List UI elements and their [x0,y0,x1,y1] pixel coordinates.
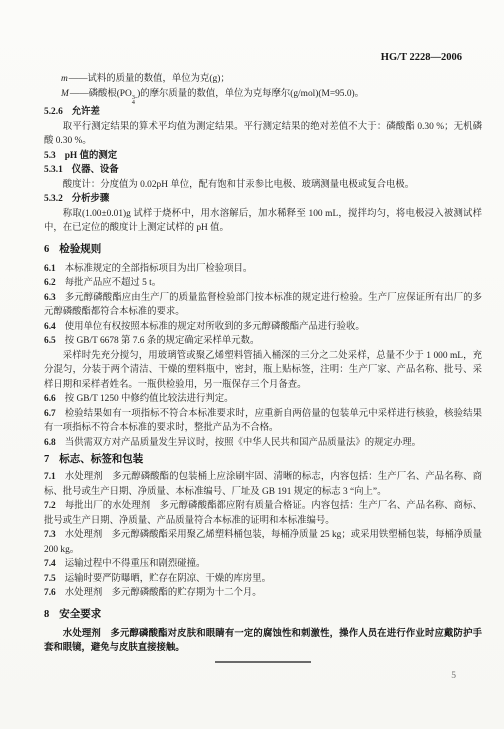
para-5-3-2: 称取(1.00±0.01)g 试样于烧杯中，用水溶解后，加水稀释至 100 mL… [44,207,482,236]
clause-6-4: 6.4使用单位有权按照本标准的规定对所收到的多元醇磷酸酯产品进行验收。 [44,320,482,335]
symbol-M: M [61,89,69,99]
chapter-7-number: 7 [44,454,49,465]
clause-6-8: 6.8当供需双方对产品质量发生异议时，按照《中华人民共和国产品质量法》的规定办理… [44,436,482,451]
chapter-8-number: 8 [44,609,49,620]
heading-5-3-1: 5.3.1仪器、设备 [44,163,482,178]
para-6-5-sampling: 采样时先充分搅匀，用玻璃管或聚乙烯塑料管插入桶深的三分之二处采样，总量不少于 1… [44,349,482,393]
heading-5-3-1-number: 5.3.1 [44,165,63,175]
clause-6-6: 6.6按 GB/T 1250 中修约值比较法进行判定。 [44,392,482,407]
definition-m-text: 试料的质量的数值，单位为克(g)； [88,74,230,84]
chapter-8-title: 安全要求 [59,609,101,620]
definition-M-dash: —— [70,89,89,99]
clause-6-7: 6.7检验结果如有一项指标不符合本标准要求时，应重新自两倍量的包装单元中采样进行… [44,407,482,436]
clause-7-1: 7.1水处理剂 多元醇磷酸酯的包装桶上应涂刷牢固、清晰的标志，内容包括：生产厂名… [44,470,482,499]
heading-5-3-2-title: 分析步骤 [72,194,110,204]
heading-chapter-7: 7标志、标签和包装 [44,452,482,468]
para-8-safety: 水处理剂 多元醇磷酸酯对皮肤和眼睛有一定的腐蚀性和刺激性，操作人员在进行作业时应… [44,627,482,656]
heading-chapter-8: 8安全要求 [44,607,482,623]
chapter-6-number: 6 [44,244,49,255]
document-page: HG/T 2228—2006 m——试料的质量的数值，单位为克(g)； M——磷… [0,0,504,729]
chapter-7-title: 标志、标签和包装 [59,454,143,465]
end-of-text-rule [215,661,311,663]
heading-5-2-6-title: 允许差 [72,107,100,117]
para-5-2-6: 取平行测定结果的算术平均值为测定结果。平行测定结果的绝对差值不大于：磷酸酯 0.… [44,120,482,149]
heading-5-3-title: pH 值的测定 [65,151,117,161]
heading-chapter-6: 6检验规则 [44,242,482,258]
heading-5-2-6: 5.2.6允许差 [44,105,482,120]
clause-7-2: 7.2每批出厂的水处理剂 多元醇磷酸酯都应附有质量合格证。内容包括：生产厂名、产… [44,499,482,528]
para-5-3-1: 酸度计：分度值为 0.02pH 单位，配有饱和甘汞参比电极、玻璃测量电极或复合电… [44,178,482,193]
clause-7-3: 7.3水处理剂 多元醇磷酸酯采用聚乙烯塑料桶包装，每桶净质量 25 kg；或采用… [44,528,482,557]
document-content: HG/T 2228—2006 m——试料的质量的数值，单位为克(g)； M——磷… [44,51,482,663]
heading-5-3: 5.3pH 值的测定 [44,149,482,164]
chapter-6-title: 检验规则 [59,244,101,255]
clause-6-2: 6.2每批产品应不超过 5 t。 [44,276,482,291]
heading-5-3-1-title: 仪器、设备 [72,165,119,175]
definition-m-dash: —— [69,74,88,84]
phosphate-subscript: 4 [132,100,137,105]
symbol-m: m [61,74,68,84]
symbol-definitions: m——试料的质量的数值，单位为克(g)； M——磷酸根(PO3-4)的摩尔质量的… [44,72,482,105]
definition-M-text-pre: 磷酸根(PO [89,89,132,99]
standard-code: HG/T 2228—2006 [44,51,482,64]
clause-6-3: 6.3多元醇磷酸酯应由生产厂的质量监督检验部门按本标准的规定进行检验。生产厂应保… [44,291,482,320]
definition-m: m——试料的质量的数值，单位为克(g)； [61,72,482,87]
heading-5-3-2-number: 5.3.2 [44,194,63,204]
clause-7-4: 7.4运输过程中不得重压和剧烈碰撞。 [44,557,482,572]
clause-7-5: 7.5运输时要严防曝晒，贮存在阴凉、干燥的库房里。 [44,572,482,587]
clause-6-5: 6.5按 GB/T 6678 第 7.6 条的规定确定采样单元数。 [44,334,482,349]
clause-7-6: 7.6水处理剂 多元醇磷酸酯的贮存期为十二个月。 [44,586,482,601]
heading-5-3-number: 5.3 [44,151,56,161]
clause-6-1: 6.1本标准规定的全部指标项目为出厂检验项目。 [44,262,482,277]
heading-5-2-6-number: 5.2.6 [44,107,63,117]
definition-M-text-post: )的摩尔质量的数值，单位为克每摩尔(g/mol)(M=95.0)。 [137,89,364,99]
definition-M: M——磷酸根(PO3-4)的摩尔质量的数值，单位为克每摩尔(g/mol)(M=9… [61,87,482,106]
page-number: 5 [451,671,456,681]
heading-5-3-2: 5.3.2分析步骤 [44,192,482,207]
